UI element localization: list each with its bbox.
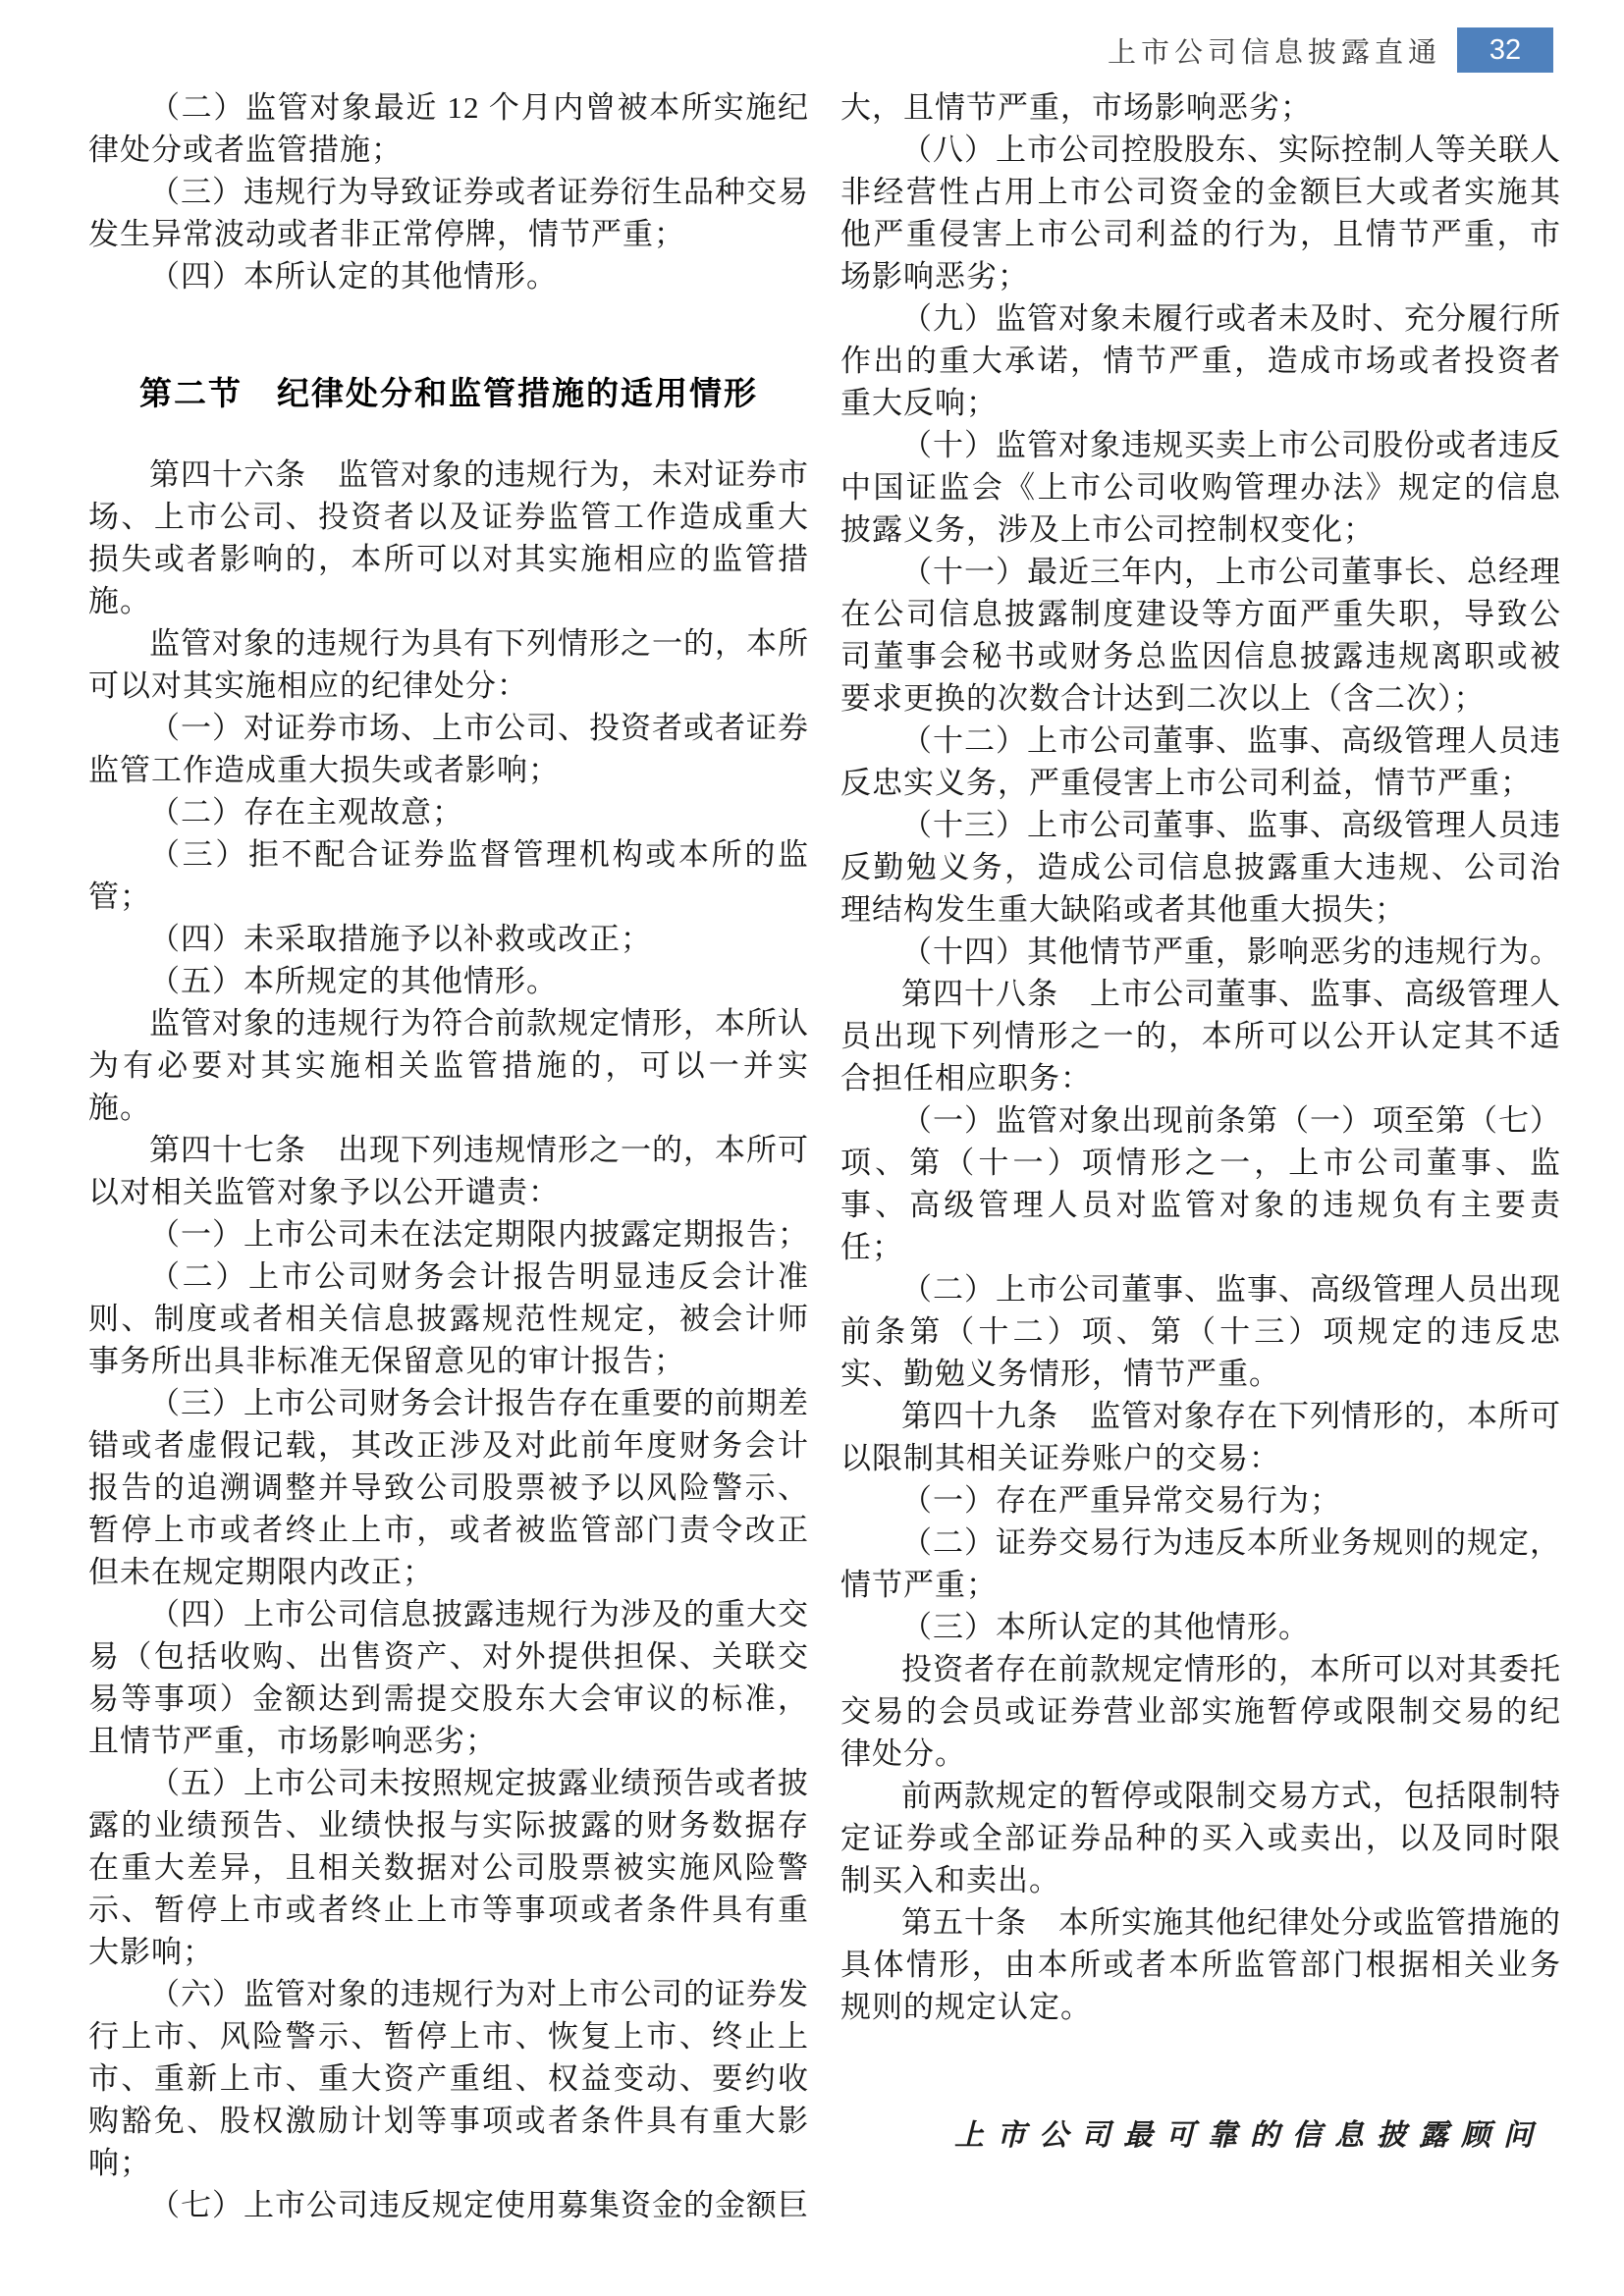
paragraph: （三）上市公司财务会计报告存在重要的前期差错或者虚假记载，其改正涉及对此前年度财… — [88, 1382, 809, 1593]
paragraph: （二）上市公司财务会计报告明显违反会计准则、制度或者相关信息披露规范性规定，被会… — [88, 1255, 809, 1382]
paragraph: （六）监管对象的违规行为对上市公司的证券发行上市、风险警示、暂停上市、恢复上市、… — [88, 1973, 809, 2184]
paragraph: 第五十条 本所实施其他纪律处分或监管措施的具体情形，由本所或者本所监管部门根据相… — [840, 1901, 1561, 2028]
page-header: 上市公司信息披露直通 32 — [1108, 27, 1553, 73]
paragraph: （二）证券交易行为违反本所业务规则的规定，情节严重； — [840, 1522, 1561, 1606]
paragraph: （一）监管对象出现前条第（一）项至第（七）项、第（十一）项情形之一，上市公司董事… — [840, 1099, 1561, 1268]
paragraph: （二）监管对象最近 12 个月内曾被本所实施纪律处分或者监管措施； — [88, 86, 809, 171]
paragraph: （五）本所规定的其他情形。 — [88, 960, 809, 1002]
footer-slogan: 上市公司最可靠的信息披露顾问 — [954, 2118, 1545, 2153]
paragraph: （四）上市公司信息披露违规行为涉及的重大交易（包括收购、出售资产、对外提供担保、… — [88, 1593, 809, 1762]
paragraph: 投资者存在前款规定情形的，本所可以对其委托交易的会员或证券营业部实施暂停或限制交… — [840, 1648, 1561, 1775]
paragraph: （四）未采取措施予以补救或改正； — [88, 918, 809, 960]
paragraph: （十四）其他情节严重，影响恶劣的违规行为。 — [840, 931, 1561, 973]
paragraph: （十）监管对象违规买卖上市公司股份或者违反中国证监会《上市公司收购管理办法》规定… — [840, 424, 1561, 551]
paragraph: （九）监管对象未履行或者未及时、充分履行所作出的重大承诺，情节严重，造成市场或者… — [840, 297, 1561, 424]
paragraph: 大，且情节严重，市场影响恶劣； — [840, 86, 1561, 129]
page-footer: 上市公司最可靠的信息披露顾问 — [954, 2110, 1545, 2154]
paragraph: 监管对象的违规行为具有下列情形之一的，本所可以对其实施相应的纪律处分： — [88, 622, 809, 707]
paragraph: （十二）上市公司董事、监事、高级管理人员违反忠实义务，严重侵害上市公司利益，情节… — [840, 720, 1561, 804]
header-title: 上市公司信息披露直通 — [1108, 30, 1441, 71]
paragraph: （十一）最近三年内，上市公司董事长、总经理在公司信息披露制度建设等方面严重失职，… — [840, 551, 1561, 720]
page-number-badge: 32 — [1457, 27, 1553, 73]
paragraph: （三）违规行为导致证券或者证券衍生品种交易发生异常波动或者非正常停牌，情节严重； — [88, 171, 809, 255]
left-column: （二）监管对象最近 12 个月内曾被本所实施纪律处分或者监管措施； （三）违规行… — [88, 86, 809, 2226]
paragraph: 第四十九条 监管对象存在下列情形的，本所可以限制其相关证券账户的交易： — [840, 1395, 1561, 1479]
paragraph: 第四十六条 监管对象的违规行为，未对证券市场、上市公司、投资者以及证券监管工作造… — [88, 454, 809, 622]
paragraph: （四）本所认定的其他情形。 — [88, 255, 809, 297]
paragraph: （三）本所认定的其他情形。 — [840, 1606, 1561, 1648]
paragraph: （三）拒不配合证券监督管理机构或本所的监管； — [88, 833, 809, 918]
paragraph: 前两款规定的暂停或限制交易方式，包括限制特定证券或全部证券品种的买入或卖出，以及… — [840, 1775, 1561, 1901]
paragraph: （二）存在主观故意； — [88, 791, 809, 833]
content-columns: （二）监管对象最近 12 个月内曾被本所实施纪律处分或者监管措施； （三）违规行… — [88, 86, 1561, 2226]
paragraph: 第四十七条 出现下列违规情形之一的，本所可以对相关监管对象予以公开谴责： — [88, 1129, 809, 1213]
paragraph: （五）上市公司未按照规定披露业绩预告或者披露的业绩预告、业绩快报与实际披露的财务… — [88, 1762, 809, 1973]
paragraph: 第四十八条 上市公司董事、监事、高级管理人员出现下列情形之一的，本所可以公开认定… — [840, 973, 1561, 1099]
paragraph: 监管对象的违规行为符合前款规定情形，本所认为有必要对其实施相关监管措施的，可以一… — [88, 1002, 809, 1129]
paragraph: （一）上市公司未在法定期限内披露定期报告； — [88, 1213, 809, 1255]
paragraph: （十三）上市公司董事、监事、高级管理人员违反勤勉义务，造成公司信息披露重大违规、… — [840, 804, 1561, 931]
document-page: 上市公司信息披露直通 32 （二）监管对象最近 12 个月内曾被本所实施纪律处分… — [0, 0, 1624, 2296]
paragraph: （一）存在严重异常交易行为； — [840, 1479, 1561, 1522]
paragraph: （七）上市公司违反规定使用募集资金的金额巨 — [88, 2184, 809, 2226]
paragraph: （一）对证券市场、上市公司、投资者或者证券监管工作造成重大损失或者影响； — [88, 707, 809, 791]
paragraph: （八）上市公司控股股东、实际控制人等关联人非经营性占用上市公司资金的金额巨大或者… — [840, 129, 1561, 297]
paragraph: （二）上市公司董事、监事、高级管理人员出现前条第（十二）项、第（十三）项规定的违… — [840, 1268, 1561, 1395]
right-column: 大，且情节严重，市场影响恶劣； （八）上市公司控股股东、实际控制人等关联人非经营… — [840, 86, 1561, 2226]
section-heading: 第二节 纪律处分和监管措施的适用情形 — [88, 372, 809, 414]
